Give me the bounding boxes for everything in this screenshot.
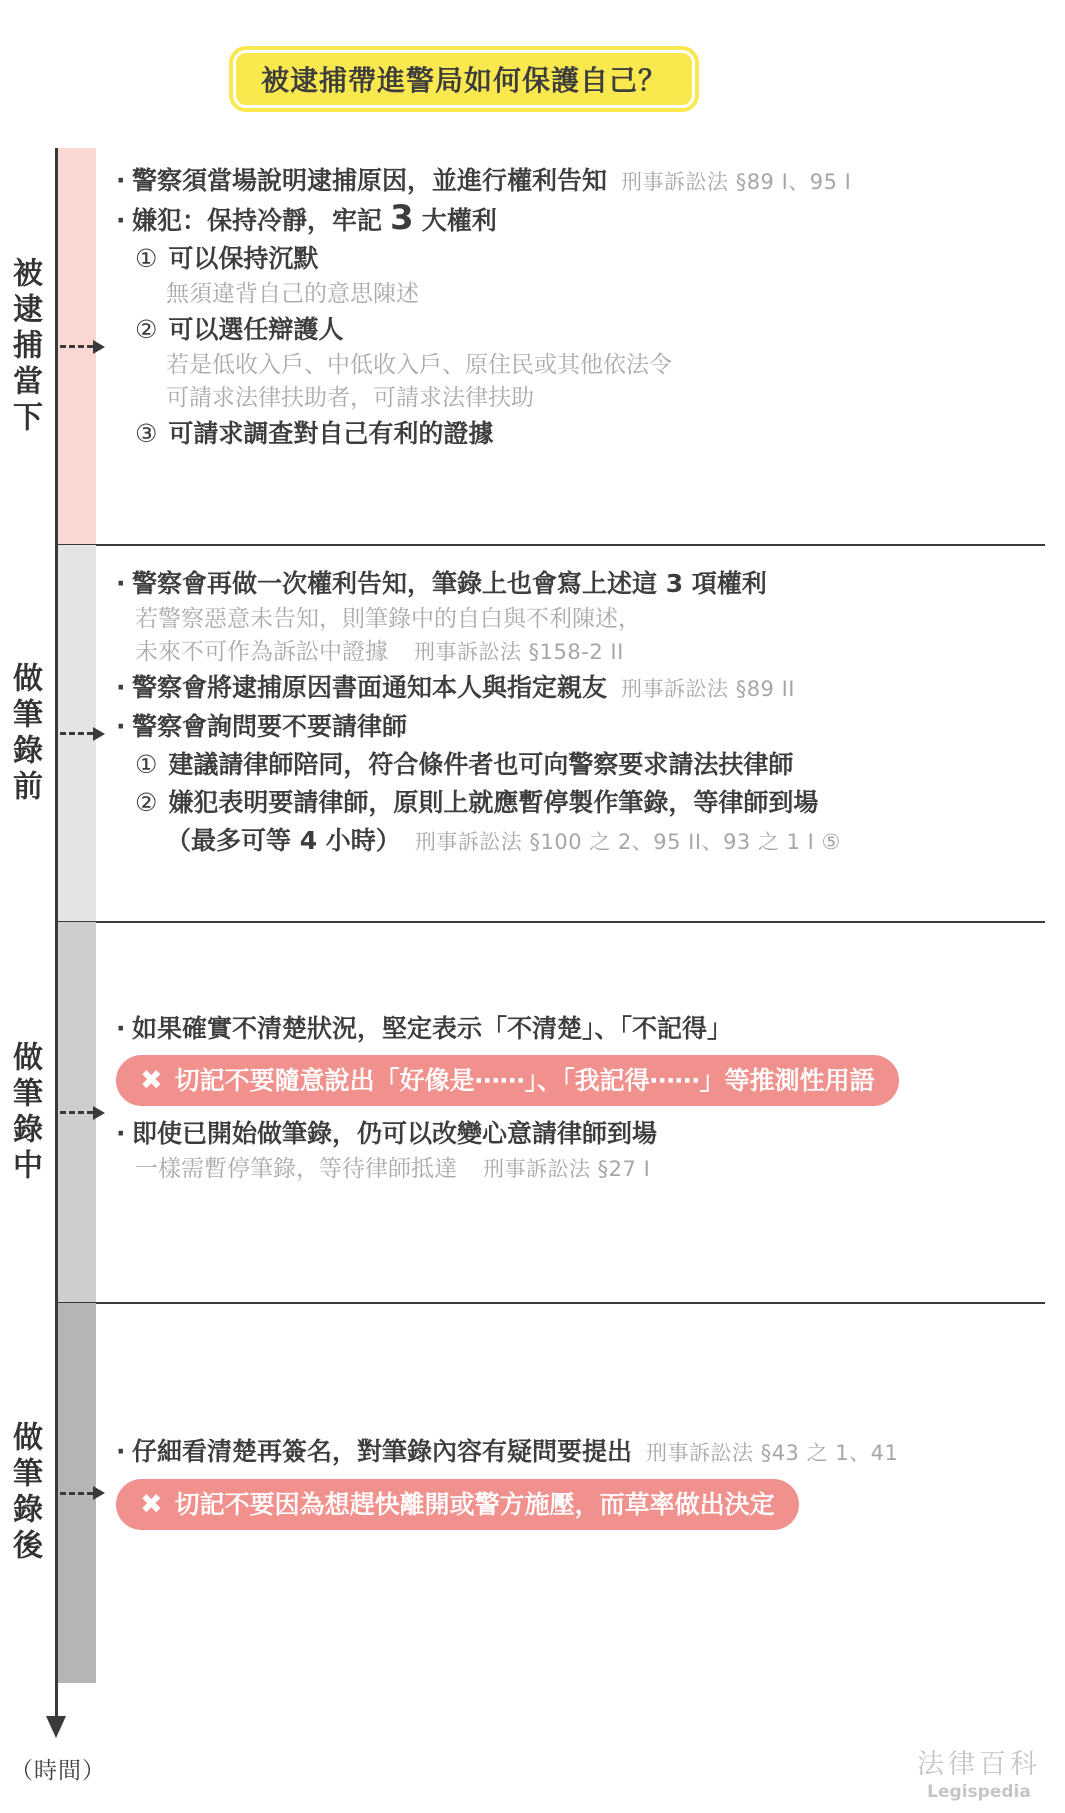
law-reference: 刑事訴訟法 §100 之 2、95 II、93 之 1 I ⑤ (415, 823, 841, 861)
law-reference: 刑事訴訟法 §89 II (621, 670, 795, 708)
bullet-dot-icon: · (116, 708, 132, 746)
numbered-item: ① 可以保持沉默 (116, 240, 1051, 278)
brand-logo: 法律百科 Legispedia (917, 1742, 1041, 1802)
stage-at-arrest: 被逮捕當下 · 警察須當場說明逮捕原因，並進行權利告知 刑事訴訟法 §89 I、… (0, 148, 1065, 545)
cross-icon: ✖ (140, 1491, 163, 1518)
circled-number: ② (135, 311, 157, 349)
highlight-number: 3 (390, 201, 414, 235)
item-text: 即使已開始做筆錄，仍可以改變心意請律師到場 (132, 1115, 657, 1153)
circled-number: ① (135, 240, 157, 278)
list-item: · 嫌犯：保持冷靜，牢記 3 大權利 (116, 201, 1051, 240)
stage-content: · 仔細看清楚再簽名，對筆錄內容有疑問要提出 刑事訴訟法 §43 之 1、41 … (116, 1303, 1051, 1539)
bullet-dot-icon: · (116, 1010, 132, 1048)
brand-name: 法律百科 (917, 1742, 1041, 1781)
note-item: 若警察惡意未告知，則筆錄中的自白與不利陳述， (116, 603, 1051, 636)
brand-subname: Legispedia (927, 1782, 1031, 1802)
bullet-dot-icon: · (116, 202, 132, 240)
stage-pointer-arrow-icon (60, 340, 105, 354)
item-text: 如果確實不清楚狀況，堅定表示「不清楚」、「不記得」 (132, 1010, 732, 1048)
law-reference: 刑事訴訟法 §158-2 II (414, 636, 624, 669)
stage-label: 做筆錄前 (9, 662, 39, 806)
circled-number: ② (135, 784, 157, 822)
note-text: 未來不可作為訴訟中證據 (135, 636, 388, 669)
stage-after-statement: 做筆錄後 · 仔細看清楚再簽名，對筆錄內容有疑問要提出 刑事訴訟法 §43 之 … (0, 1303, 1065, 1683)
note-item: 一樣需暫停筆錄，等待律師抵達 刑事訴訟法 §27 I (116, 1153, 1051, 1186)
bullet-dot-icon: · (116, 1433, 132, 1471)
note-text: 一樣需暫停筆錄，等待律師抵達 (135, 1153, 457, 1186)
cross-icon: ✖ (140, 1067, 163, 1094)
bullet-dot-icon: · (116, 1115, 132, 1153)
note-text: 無須違背自己的意思陳述 (166, 278, 419, 311)
circled-number: ③ (135, 415, 157, 453)
timeline-stages: 被逮捕當下 · 警察須當場說明逮捕原因，並進行權利告知 刑事訴訟法 §89 I、… (0, 148, 1065, 1683)
stage-content: · 警察會再做一次權利告知，筆錄上也會寫上述這 3 項權利 若警察惡意未告知，則… (116, 545, 1051, 861)
stage-pointer-arrow-icon (60, 1106, 105, 1120)
stage-label: 被逮捕當下 (9, 257, 39, 437)
item-text: 警察會再做一次權利告知，筆錄上也會寫上述這 3 項權利 (132, 565, 767, 603)
stage-content: · 警察須當場說明逮捕原因，並進行權利告知 刑事訴訟法 §89 I、95 I ·… (116, 148, 1051, 453)
numbered-item: ② 可以選任辯護人 (116, 311, 1051, 349)
time-axis-arrowhead-icon (46, 1716, 66, 1738)
law-reference: 刑事訴訟法 §89 I、95 I (621, 163, 851, 201)
note-text: 若警察惡意未告知，則筆錄中的自白與不利陳述， (135, 603, 641, 636)
item-text: 可以保持沉默 (168, 240, 318, 278)
numbered-item: ③ 可請求調查對自己有利的證據 (116, 415, 1051, 453)
item-text: 仔細看清楚再簽名，對筆錄內容有疑問要提出 (132, 1433, 632, 1471)
infographic-canvas: 被逮捕帶進警局如何保護自己？ （時間） 被逮捕當下 · 警察須當場說明逮捕原因，… (0, 0, 1065, 1813)
stage-pointer-arrow-icon (60, 1486, 105, 1500)
item-text: 警察會將逮捕原因書面通知本人與指定親友 (132, 669, 607, 707)
list-item: （最多可等 4 小時） 刑事訴訟法 §100 之 2、95 II、93 之 1 … (116, 822, 1051, 861)
item-text: 可請求調查對自己有利的證據 (168, 415, 493, 453)
list-item: · 如果確實不清楚狀況，堅定表示「不清楚」、「不記得」 (116, 1010, 1051, 1048)
law-reference: 刑事訴訟法 §27 I (483, 1153, 650, 1186)
stage-content: · 如果確實不清楚狀況，堅定表示「不清楚」、「不記得」 ✖ 切記不要隨意說出「好… (116, 922, 1051, 1186)
note-text: 可請求法律扶助者，可請求法律扶助 (166, 382, 534, 415)
stage-before-statement: 做筆錄前 · 警察會再做一次權利告知，筆錄上也會寫上述這 3 項權利 若警察惡意… (0, 545, 1065, 922)
item-text: （最多可等 4 小時） (166, 822, 401, 860)
item-text: 嫌犯表明要請律師，原則上就應暫停製作筆錄，等律師到場 (168, 784, 818, 822)
list-item: · 警察會再做一次權利告知，筆錄上也會寫上述這 3 項權利 (116, 565, 1051, 603)
note-text: 若是低收入戶、中低收入戶、原住民或其他依法令 (166, 349, 672, 382)
item-text: 警察會詢問要不要請律師 (132, 708, 407, 746)
list-item: · 即使已開始做筆錄，仍可以改變心意請律師到場 (116, 1115, 1051, 1153)
list-item: · 警察會詢問要不要請律師 (116, 708, 1051, 746)
note-item: 未來不可作為訴訟中證據 刑事訴訟法 §158-2 II (116, 636, 1051, 669)
numbered-item: ② 嫌犯表明要請律師，原則上就應暫停製作筆錄，等律師到場 (116, 784, 1051, 822)
numbered-item: ① 建議請律師陪同，符合條件者也可向警察要求請法扶律師 (116, 746, 1051, 784)
list-item: · 仔細看清楚再簽名，對筆錄內容有疑問要提出 刑事訴訟法 §43 之 1、41 (116, 1433, 1051, 1472)
list-item: · 警察須當場說明逮捕原因，並進行權利告知 刑事訴訟法 §89 I、95 I (116, 162, 1051, 201)
circled-number: ① (135, 746, 157, 784)
warning-text: 切記不要隨意說出「好像是⋯⋯」、「我記得⋯⋯」等推測性用語 (175, 1068, 875, 1093)
title-banner: 被逮捕帶進警局如何保護自己？ (229, 46, 699, 112)
stage-label: 做筆錄中 (9, 1041, 39, 1185)
warning-pill: ✖ 切記不要因為想趕快離開或警方施壓，而草率做出決定 (116, 1479, 799, 1530)
stage-label: 做筆錄後 (9, 1421, 39, 1565)
item-text: 可以選任辯護人 (168, 311, 343, 349)
item-text: 建議請律師陪同，符合條件者也可向警察要求請法扶律師 (168, 746, 793, 784)
stage-pointer-arrow-icon (60, 727, 105, 741)
page-title: 被逮捕帶進警局如何保護自己？ (261, 59, 667, 99)
note-item: 若是低收入戶、中低收入戶、原住民或其他依法令 (116, 349, 1051, 382)
list-item: · 警察會將逮捕原因書面通知本人與指定親友 刑事訴訟法 §89 II (116, 669, 1051, 708)
note-item: 無須違背自己的意思陳述 (116, 278, 1051, 311)
bullet-dot-icon: · (116, 669, 132, 707)
warning-pill: ✖ 切記不要隨意說出「好像是⋯⋯」、「我記得⋯⋯」等推測性用語 (116, 1055, 899, 1106)
item-text: 嫌犯：保持冷靜，牢記 (132, 202, 382, 240)
law-reference: 刑事訴訟法 §43 之 1、41 (646, 1434, 898, 1472)
bullet-dot-icon: · (116, 162, 132, 200)
item-text: 警察須當場說明逮捕原因，並進行權利告知 (132, 162, 607, 200)
warning-text: 切記不要因為想趕快離開或警方施壓，而草率做出決定 (175, 1492, 775, 1517)
bullet-dot-icon: · (116, 565, 132, 603)
note-item: 可請求法律扶助者，可請求法律扶助 (116, 382, 1051, 415)
time-axis-label: （時間） (10, 1752, 106, 1785)
item-text: 大權利 (422, 202, 497, 240)
title-inner-frame: 被逮捕帶進警局如何保護自己？ (233, 50, 695, 108)
stage-during-statement: 做筆錄中 · 如果確實不清楚狀況，堅定表示「不清楚」、「不記得」 ✖ 切記不要隨… (0, 922, 1065, 1303)
